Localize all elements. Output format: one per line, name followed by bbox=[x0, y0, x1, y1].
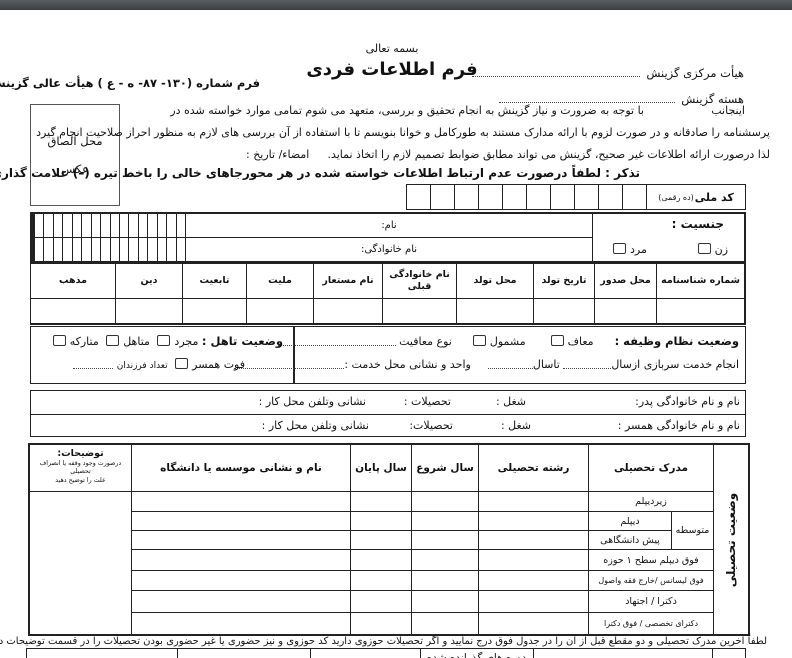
header-end-year: سال پایان bbox=[351, 445, 411, 491]
header-notes: توضیحات: درصورت وجود وقفه یا انصراف تحصی… bbox=[30, 445, 131, 491]
empty-cell[interactable] bbox=[132, 591, 350, 612]
letter-box[interactable] bbox=[101, 214, 110, 237]
first-name-boxes bbox=[35, 214, 185, 237]
personal-details-table: شماره شناسنامه محل صدور تاریخ تولد محل ت… bbox=[30, 262, 746, 325]
next-table-partial-header: دوره های گذرانده شده bbox=[420, 650, 533, 658]
window-top-bar bbox=[0, 0, 792, 10]
notes-write-area[interactable] bbox=[30, 492, 131, 634]
letter-box[interactable] bbox=[54, 214, 63, 237]
personal-information-form-page: بسمه تعالی فرم اطلاعات فردی فرم شماره (۱… bbox=[0, 0, 792, 658]
letter-box[interactable] bbox=[158, 214, 167, 237]
education-footnote: لطفاً آخرین مدرک تحصیلی و دو مقطع قبل از… bbox=[0, 636, 767, 647]
dash-notice: تذکر : لطفاً درصورت عدم ارتباط اطلاعات خ… bbox=[40, 166, 640, 180]
empty-cell[interactable] bbox=[479, 512, 588, 530]
photo-attach-box: محل الصاق عکس bbox=[30, 104, 120, 206]
empty-cell[interactable] bbox=[351, 550, 411, 570]
empty-cell[interactable] bbox=[116, 299, 182, 323]
empty-cell[interactable] bbox=[351, 591, 411, 612]
degree-under-diploma: زیردیپلم bbox=[589, 492, 713, 511]
form-number: فرم شماره (۱۳۰- ۸۷- ه - ع ) هیأت عالی گز… bbox=[28, 76, 260, 90]
letter-box[interactable] bbox=[129, 238, 138, 261]
degree-doctorate: دکترا / اجتهاد bbox=[589, 591, 713, 612]
letter-box[interactable] bbox=[111, 214, 120, 237]
spouse-row: نام و نام خانوادگی همسر : شغل : تحصیلات:… bbox=[31, 414, 745, 438]
empty-cell[interactable] bbox=[479, 531, 588, 549]
father-work-address-label: نشانی وتلفن محل کار : bbox=[259, 395, 366, 408]
header-start-year: سال شروع bbox=[412, 445, 478, 491]
letter-box[interactable] bbox=[111, 238, 120, 261]
service-unit-fill[interactable] bbox=[234, 359, 344, 369]
letter-box[interactable] bbox=[101, 238, 110, 261]
letter-box[interactable] bbox=[139, 214, 148, 237]
letter-box[interactable] bbox=[129, 214, 138, 237]
national-code-label: کد ملی (ده رقمی) bbox=[646, 184, 746, 210]
gender-male-label: مرد bbox=[630, 243, 647, 256]
father-name-label: نام و نام خانوادگی پدر: bbox=[635, 395, 740, 408]
central-board-label: هیأت مرکزی گزینش bbox=[646, 66, 744, 80]
letter-box[interactable] bbox=[73, 238, 82, 261]
header-sect: مذهب bbox=[31, 264, 115, 298]
table-line bbox=[177, 649, 178, 658]
last-name-label: نام خانوادگی: bbox=[186, 238, 592, 261]
letter-box[interactable] bbox=[35, 214, 44, 237]
empty-cell[interactable] bbox=[31, 299, 115, 323]
empty-cell[interactable] bbox=[412, 591, 478, 612]
letter-box[interactable] bbox=[54, 238, 63, 261]
empty-cell[interactable] bbox=[412, 550, 478, 570]
letter-box[interactable] bbox=[139, 238, 148, 261]
degree-post-doctorate: دکترای تخصصی / فوق دکترا bbox=[589, 613, 713, 634]
name-box: نام: جنسیت : زن مرد نام خانوادگی: bbox=[30, 212, 746, 263]
spouse-education-label: تحصیلات: bbox=[409, 419, 453, 432]
digit-box[interactable] bbox=[574, 184, 599, 210]
header-previous-surname: نام خانوادگی قبلی bbox=[383, 264, 456, 298]
father-row: نام و نام خانوادگی پدر: شغل : تحصیلات : … bbox=[31, 391, 745, 414]
education-side-label: وضعیت تحصیلی bbox=[714, 445, 748, 634]
spouse-deceased-label: فوت همسر bbox=[192, 358, 245, 371]
degree-associate: فوق دیپلم سطح ۱ حوزه bbox=[589, 550, 713, 570]
letter-box[interactable] bbox=[167, 214, 176, 237]
empty-cell[interactable] bbox=[132, 613, 350, 634]
letter-box[interactable] bbox=[35, 238, 44, 261]
letter-box[interactable] bbox=[63, 238, 72, 261]
children-count-fill[interactable] bbox=[73, 359, 113, 369]
header-institute: نام و نشانی موسسه یا دانشگاه bbox=[132, 445, 350, 491]
spouse-name-label: نام و نام خانوادگی همسر : bbox=[618, 419, 740, 432]
digit-box[interactable] bbox=[598, 184, 623, 210]
header-citizenship: تابعیت bbox=[183, 264, 246, 298]
father-education-label: تحصیلات : bbox=[404, 395, 451, 408]
empty-cell[interactable] bbox=[351, 531, 411, 549]
first-name-label: نام: bbox=[186, 214, 592, 237]
gender-label: جنسیت : bbox=[672, 217, 724, 231]
letter-box[interactable] bbox=[44, 214, 53, 237]
education-table: وضعیت تحصیلی مدرک تحصیلی رشته تحصیلی سال… bbox=[28, 443, 750, 636]
empty-cell[interactable] bbox=[412, 492, 478, 511]
exemption-type-label: نوع معافیت bbox=[399, 335, 452, 348]
checkbox-divorced[interactable] bbox=[53, 335, 66, 346]
group-secondary: متوسطه bbox=[672, 512, 713, 549]
letter-box[interactable] bbox=[82, 238, 91, 261]
military-status-line: وضعیت نظام وظیفه : معاف مشمول نوع معافیت bbox=[278, 334, 739, 348]
empty-cell[interactable] bbox=[479, 550, 588, 570]
digit-box[interactable] bbox=[430, 184, 455, 210]
military-exempt-label: معاف bbox=[568, 335, 594, 348]
empty-cell[interactable] bbox=[132, 531, 350, 549]
table-line bbox=[26, 649, 27, 658]
checkbox-single[interactable] bbox=[157, 335, 170, 346]
letter-box[interactable] bbox=[148, 214, 157, 237]
table-line bbox=[310, 649, 311, 658]
central-board-line: هیأت مرکزی گزینش bbox=[472, 66, 744, 80]
digit-box[interactable] bbox=[550, 184, 575, 210]
notes-title: توضیحات: bbox=[57, 448, 103, 459]
checkbox-married[interactable] bbox=[106, 335, 119, 346]
national-code-label-sub: (ده رقمی) bbox=[658, 193, 694, 202]
letter-box[interactable] bbox=[63, 214, 72, 237]
spouse-job-label: شغل : bbox=[501, 419, 531, 432]
children-count-label: تعداد فرزندان bbox=[117, 361, 168, 371]
letter-box[interactable] bbox=[92, 238, 101, 261]
degree-masters: فوق لیسانس /خارج فقه واصول bbox=[589, 571, 713, 590]
military-service-line: انجام خدمت سربازی ازسال تاسال واحد و نشا… bbox=[234, 358, 739, 371]
last-name-boxes bbox=[35, 238, 185, 261]
father-job-label: شغل : bbox=[496, 395, 526, 408]
empty-cell[interactable] bbox=[479, 613, 588, 634]
empty-cell[interactable] bbox=[314, 299, 382, 323]
empty-cell[interactable] bbox=[132, 550, 350, 570]
empty-cell[interactable] bbox=[457, 299, 533, 323]
header-birth-date: تاریخ تولد bbox=[534, 264, 594, 298]
digit-box[interactable] bbox=[478, 184, 503, 210]
empty-cell[interactable] bbox=[351, 492, 411, 511]
national-code-label-main: کد ملی bbox=[695, 191, 734, 204]
checkbox-exempt[interactable] bbox=[551, 335, 564, 346]
military-status-title: وضعیت نظام وظیفه : bbox=[615, 334, 739, 348]
letter-box[interactable] bbox=[167, 238, 176, 261]
gender-options: زن مرد bbox=[593, 243, 744, 256]
notes-hint1: درصورت وجود وقفه یا انصراف تحصیلی bbox=[30, 460, 131, 476]
header-id-number: شماره شناسنامه bbox=[657, 264, 744, 298]
empty-cell[interactable] bbox=[412, 512, 478, 530]
empty-cell[interactable] bbox=[479, 571, 588, 590]
digit-box[interactable] bbox=[526, 184, 551, 210]
table-line bbox=[712, 649, 713, 658]
next-table-partial: دوره های گذرانده شده bbox=[26, 648, 746, 658]
marital-status-line: وضعیت تاهل : مجرد متاهل متارکه bbox=[49, 334, 283, 348]
letter-box[interactable] bbox=[177, 238, 185, 261]
empty-cell[interactable] bbox=[132, 492, 350, 511]
gender-option-female: زن bbox=[694, 243, 728, 256]
letter-box[interactable] bbox=[148, 238, 157, 261]
empty-cell[interactable] bbox=[351, 613, 411, 634]
table-line bbox=[745, 649, 746, 658]
intro-line1: با توجه به ضرورت و نیاز گزینش به انجام ت… bbox=[170, 104, 644, 117]
central-board-fill-line[interactable] bbox=[472, 67, 640, 77]
letter-box[interactable] bbox=[158, 238, 167, 261]
service-unit-label: واحد و نشانی محل خدمت : bbox=[344, 358, 471, 371]
table-line bbox=[533, 649, 534, 658]
checkbox-conscript[interactable] bbox=[473, 335, 486, 346]
empty-cell[interactable] bbox=[534, 299, 594, 323]
intro-line2: پرسشنامه را صادقانه و در صورت لزوم با ار… bbox=[36, 126, 770, 139]
gender-female-label: زن bbox=[715, 243, 728, 256]
letter-box[interactable] bbox=[73, 214, 82, 237]
service-to-label: تاسال bbox=[533, 358, 560, 371]
header-degree: مدرک تحصیلی bbox=[589, 445, 713, 491]
marital-status-title: وضعیت تاهل : bbox=[202, 334, 283, 348]
service-to-fill[interactable] bbox=[488, 359, 533, 369]
gender-cell: جنسیت : زن مرد bbox=[593, 214, 744, 261]
degree-pre-university: پیش دانشگاهی bbox=[589, 531, 671, 549]
notes-hint2: علت را توضیح دهید bbox=[55, 477, 105, 485]
digit-box[interactable] bbox=[454, 184, 479, 210]
marital-single-label: مجرد bbox=[174, 335, 198, 348]
applicant-word: اینجانب bbox=[711, 104, 745, 117]
letter-box[interactable] bbox=[120, 238, 129, 261]
spouse-work-address-label: نشانی وتلفن محل کار : bbox=[262, 419, 369, 432]
service-from-label: انجام خدمت سربازی ازسال bbox=[611, 358, 739, 371]
family-box: نام و نام خانوادگی پدر: شغل : تحصیلات : … bbox=[30, 390, 746, 437]
empty-cell[interactable] bbox=[479, 492, 588, 511]
national-code-row: کد ملی (ده رقمی) bbox=[406, 184, 746, 210]
header-nationality: ملیت bbox=[247, 264, 313, 298]
empty-cell[interactable] bbox=[132, 571, 350, 590]
empty-cell[interactable] bbox=[657, 299, 744, 323]
empty-cell[interactable] bbox=[412, 531, 478, 549]
military-marital-box: وضعیت نظام وظیفه : معاف مشمول نوع معافیت… bbox=[30, 326, 746, 384]
empty-cell[interactable] bbox=[351, 571, 411, 590]
empty-cell[interactable] bbox=[412, 613, 478, 634]
letter-box[interactable] bbox=[120, 214, 129, 237]
header-birth-place: محل تولد bbox=[457, 264, 533, 298]
empty-cell[interactable] bbox=[183, 299, 246, 323]
empty-cell[interactable] bbox=[412, 571, 478, 590]
marital-married-label: متاهل bbox=[123, 335, 150, 348]
service-from-fill[interactable] bbox=[563, 359, 611, 369]
empty-cell[interactable] bbox=[479, 591, 588, 612]
letter-box[interactable] bbox=[82, 214, 91, 237]
core-board-fill-line[interactable] bbox=[499, 93, 675, 103]
empty-cell[interactable] bbox=[595, 299, 656, 323]
national-code-boxes bbox=[406, 184, 646, 210]
header-issue-place: محل صدور bbox=[595, 264, 656, 298]
signature-date-label: امضاء/ تاریخ : bbox=[246, 148, 309, 161]
empty-cell[interactable] bbox=[351, 512, 411, 530]
header-religion: دین bbox=[116, 264, 182, 298]
letter-box[interactable] bbox=[177, 214, 185, 237]
gender-option-male: مرد bbox=[609, 243, 647, 256]
letter-box[interactable] bbox=[92, 214, 101, 237]
checkbox-male[interactable] bbox=[613, 243, 626, 254]
digit-box[interactable] bbox=[406, 184, 431, 210]
spouse-children-line: فوت همسر تعداد فرزندان bbox=[73, 358, 245, 371]
header-alias: نام مستعار bbox=[314, 264, 382, 298]
digit-box[interactable] bbox=[622, 184, 647, 210]
military-conscript-label: مشمول bbox=[490, 335, 526, 348]
checkbox-spouse-deceased[interactable] bbox=[175, 358, 188, 369]
intro-line3: لذا درصورت ارائه اطلاعات غیر صحیح، گزینش… bbox=[327, 148, 770, 161]
letter-box[interactable] bbox=[44, 238, 53, 261]
empty-cell[interactable] bbox=[132, 512, 350, 530]
header-field: رشته تحصیلی bbox=[479, 445, 588, 491]
bismillah-text: بسمه تعالی bbox=[0, 42, 784, 55]
empty-cell[interactable] bbox=[383, 299, 456, 323]
empty-cell[interactable] bbox=[247, 299, 313, 323]
exemption-type-fill-line[interactable] bbox=[278, 336, 396, 346]
degree-diploma: دیپلم bbox=[589, 512, 671, 530]
checkbox-female[interactable] bbox=[698, 243, 711, 254]
marital-divorced-label: متارکه bbox=[70, 335, 99, 348]
digit-box[interactable] bbox=[502, 184, 527, 210]
